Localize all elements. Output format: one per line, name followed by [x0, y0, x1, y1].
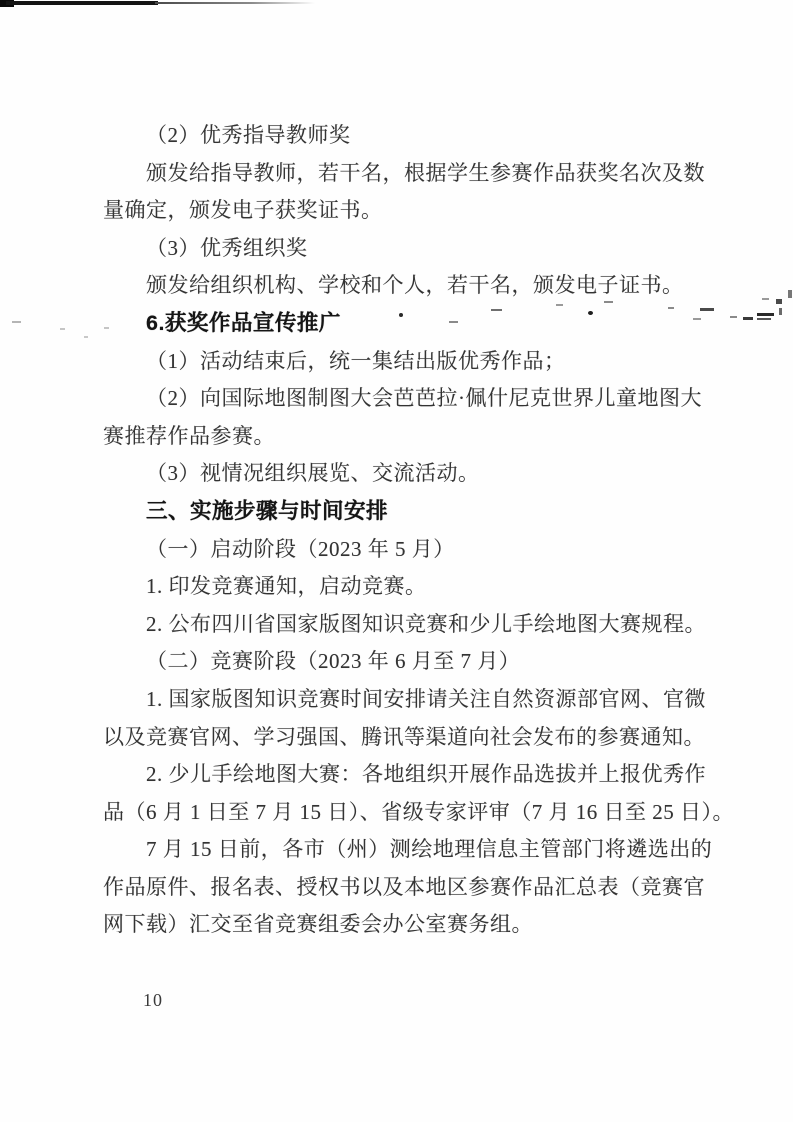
paragraph-line: （二）竞赛阶段（2023 年 6 月至 7 月）: [103, 643, 703, 681]
paragraph-line: 赛推荐作品参赛。: [103, 418, 703, 456]
section-heading: 三、实施步骤与时间安排: [103, 493, 703, 531]
paragraph-line: 以及竞赛官网、学习强国、腾讯等渠道向社会发布的参赛通知。: [103, 719, 703, 757]
paragraph-line: （2）向国际地图制图大会芭芭拉·佩什尼克世界儿童地图大: [103, 380, 703, 418]
paragraph-line: （1）活动结束后，统一集结出版优秀作品；: [103, 343, 703, 381]
scan-speck: [757, 318, 771, 320]
paragraph-line: 颁发给组织机构、学校和个人，若干名，颁发电子证书。: [103, 267, 703, 305]
paragraph-line: （3）视情况组织展览、交流活动。: [103, 455, 703, 493]
paragraph-line: （一）启动阶段（2023 年 5 月）: [103, 531, 703, 569]
paragraph-line: 品（6 月 1 日至 7 月 15 日）、省级专家评审（7 月 16 日至 25…: [103, 794, 703, 832]
paragraph-line: 颁发给指导教师，若干名，根据学生参赛作品获奖名次及数: [103, 155, 703, 193]
paragraph-line: （2）优秀指导教师奖: [103, 117, 703, 155]
scan-speck: [762, 298, 769, 300]
page-number: 10: [143, 990, 163, 1011]
section-heading: 6.获奖作品宣传推广: [103, 305, 703, 343]
document-page: （2）优秀指导教师奖 颁发给指导教师，若干名，根据学生参赛作品获奖名次及数 量确…: [0, 0, 793, 1122]
scan-speck: [788, 290, 792, 298]
scan-speck: [730, 316, 737, 318]
paragraph-line: （3）优秀组织奖: [103, 230, 703, 268]
paragraph-line: 2. 公布四川省国家版图知识竞赛和少儿手绘地图大赛规程。: [103, 606, 703, 644]
paragraph-line: 作品原件、报名表、授权书以及本地区参赛作品汇总表（竞赛官: [103, 869, 703, 907]
paragraph-line: 量确定，颁发电子获奖证书。: [103, 192, 703, 230]
scan-speck: [757, 313, 774, 316]
scan-edge-fade: [155, 2, 315, 4]
scan-speck: [12, 321, 21, 323]
paragraph-line: 7 月 15 日前，各市（州）测绘地理信息主管部门将遴选出的: [103, 831, 703, 869]
scan-speck: [60, 328, 65, 330]
document-body: （2）优秀指导教师奖 颁发给指导教师，若干名，根据学生参赛作品获奖名次及数 量确…: [103, 117, 703, 944]
scan-speck: [779, 308, 782, 315]
scan-speck: [776, 299, 782, 304]
paragraph-line: 1. 国家版图知识竞赛时间安排请关注自然资源部官网、官微: [103, 681, 703, 719]
paragraph-line: 网下载）汇交至省竞赛组委会办公室赛务组。: [103, 906, 703, 944]
scan-speck: [84, 336, 88, 338]
paragraph-line: 1. 印发竞赛通知，启动竞赛。: [103, 568, 703, 606]
scan-speck: [743, 317, 753, 320]
scan-edge-blob: [0, 0, 14, 7]
paragraph-line: 2. 少儿手绘地图大赛：各地组织开展作品选拔并上报优秀作: [103, 756, 703, 794]
scan-edge-line: [6, 1, 158, 5]
